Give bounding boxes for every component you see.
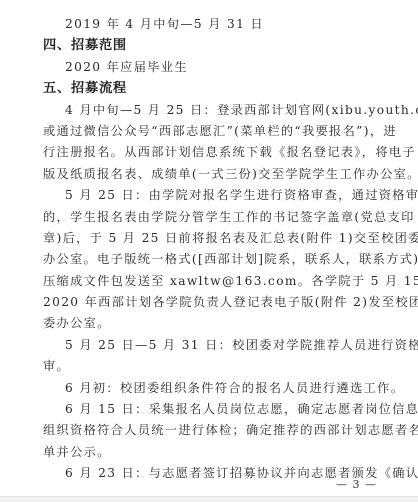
paragraph-line: 6 月 23 日：与志愿者签订招募协议并向志愿者颁发《确认 bbox=[43, 463, 371, 484]
page-number: — 3 — bbox=[336, 478, 377, 491]
paragraph-line: 5 月 25 日：由学院对报名学生进行资格审查，通过资格审查 bbox=[43, 185, 371, 206]
paragraph-line: 5 月 25 日—5 月 31 日：校团委对学院推荐人员进行资格复 bbox=[43, 335, 371, 356]
paragraph-line: 或通过微信公众号“西部志愿汇”(菜单栏的“我要报名”)，进 bbox=[43, 121, 371, 142]
paragraph-line: 章)后，于 5 月 25 日前将报名表及汇总表(附件 1)交至校团委 bbox=[43, 228, 371, 249]
paragraph-line: 审。 bbox=[43, 356, 371, 377]
schedule-date-range: 2019 年 4 月中旬—5 月 31 日 bbox=[43, 14, 371, 35]
paragraph-line: 6 月 15 日：采集报名人员岗位志愿，确定志愿者岗位信息。 bbox=[43, 399, 371, 420]
paragraph-line: 4 月中旬—5 月 25 日：登录西部计划官网(xibu.youth.cn) bbox=[43, 100, 371, 121]
section-heading-recruitment-scope: 四、招募范围 bbox=[43, 35, 371, 56]
page-bottom-edge bbox=[0, 496, 418, 502]
document-page: 2019 年 4 月中旬—5 月 31 日 四、招募范围 2020 年应届毕业生… bbox=[0, 0, 418, 496]
paragraph-line: 单并公示。 bbox=[43, 442, 371, 463]
paragraph-line: 2020 年西部计划各学院负责人登记表电子版(附件 2)发至校团 bbox=[43, 292, 371, 313]
recruitment-scope-text: 2020 年应届毕业生 bbox=[43, 57, 371, 78]
paragraph-line: 行注册报名。从西部计划信息系统下载《报名登记表》，将电子 bbox=[43, 142, 371, 163]
paragraph-line: 委办公室。 bbox=[43, 313, 371, 334]
paragraph-line: 压缩成文件包发送至 xawltw@163.com。各学院于 5 月 15 日前将 bbox=[43, 271, 371, 292]
paragraph-line: 版及纸质报名表、成绩单(一式三份)交至学院学生工作办公室。 bbox=[43, 164, 371, 185]
paragraph-line: 办公室。电子版统一格式([西部计划]院系，联系人，联系方式) bbox=[43, 249, 371, 270]
paragraph-line: 组织资格符合人员统一进行体检；确定推荐的西部计划志愿者名 bbox=[43, 420, 371, 441]
document-body: 2019 年 4 月中旬—5 月 31 日 四、招募范围 2020 年应届毕业生… bbox=[43, 14, 371, 485]
section-heading-recruitment-process: 五、招募流程 bbox=[43, 78, 371, 99]
paragraph-line: 6 月初：校团委组织条件符合的报名人员进行遴选工作。 bbox=[43, 378, 371, 399]
paragraph-line: 的，学生报名表由学院分管学生工作的书记签字盖章(党总支印 bbox=[43, 207, 371, 228]
